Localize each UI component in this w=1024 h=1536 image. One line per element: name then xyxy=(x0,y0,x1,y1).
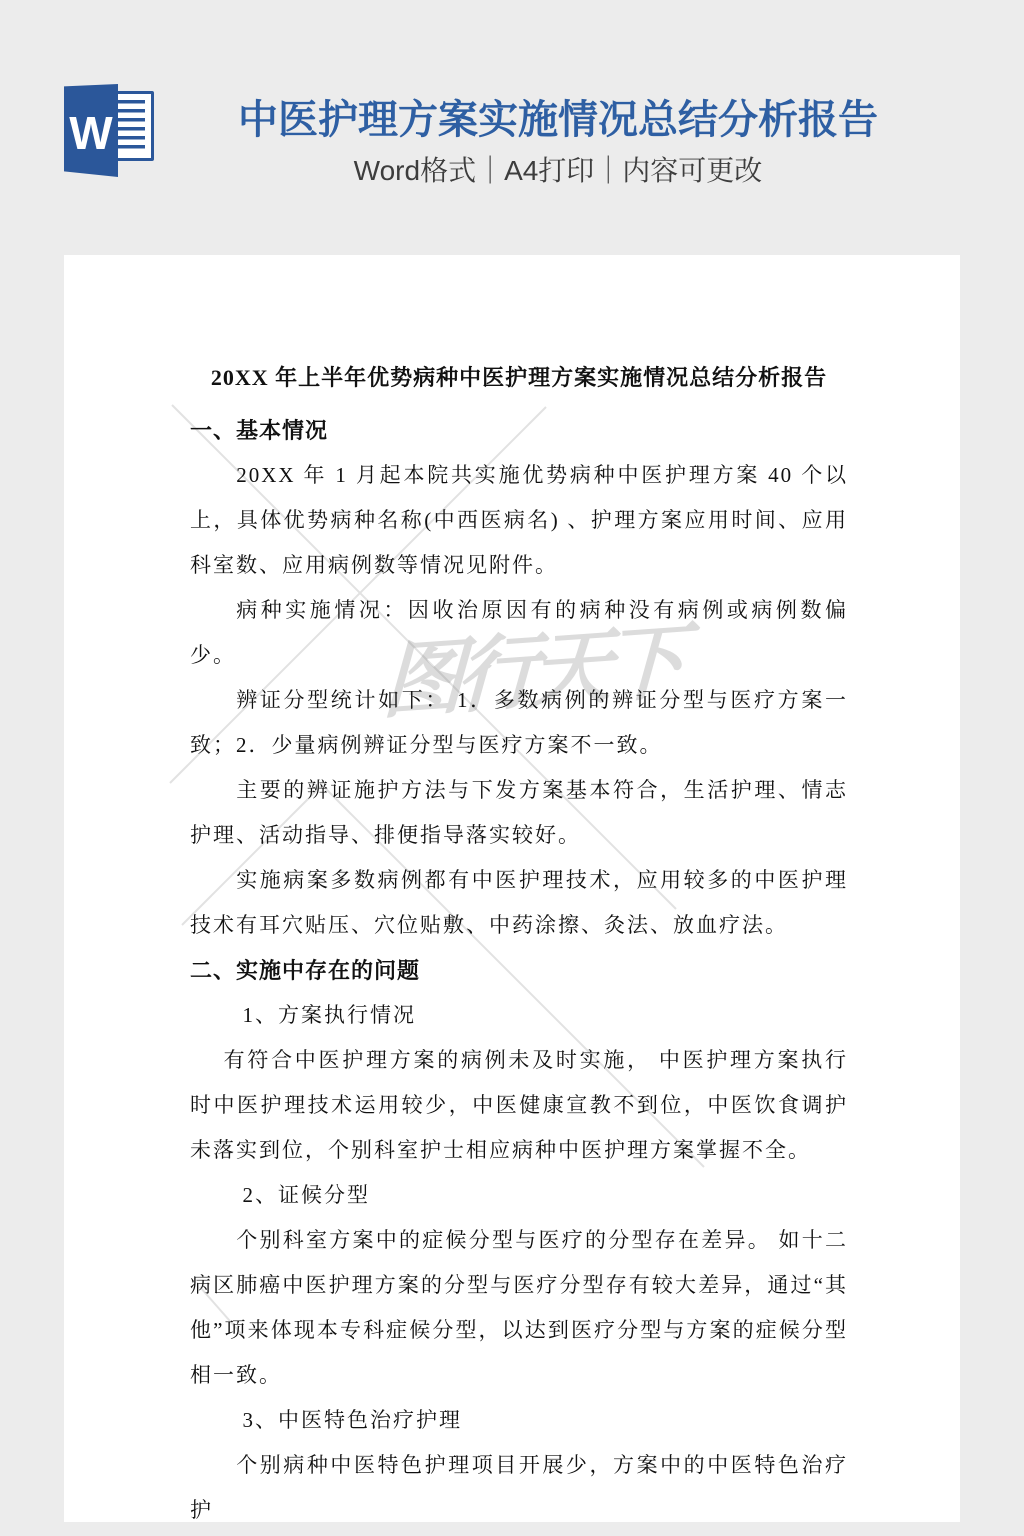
document-content: 20XX 年上半年优势病种中医护理方案实施情况总结分析报告 一、基本情况 20X… xyxy=(64,255,960,1522)
section-heading-1: 一、基本情况 xyxy=(190,408,848,453)
section-heading-2: 二、实施中存在的问题 xyxy=(190,948,848,993)
paragraph: 个别科室方案中的症候分型与医疗的分型存在差异。 如十二病区肺癌中医护理方案的分型… xyxy=(190,1218,848,1398)
document-title: 20XX 年上半年优势病种中医护理方案实施情况总结分析报告 xyxy=(190,355,848,400)
paragraph: 病种实施情况：因收治原因有的病种没有病例或病例数偏少。 xyxy=(190,588,848,678)
paragraph: 20XX 年 1 月起本院共实施优势病种中医护理方案 40 个以上，具体优势病种… xyxy=(190,453,848,588)
page-title: 中医护理方案实施情况总结分析报告 xyxy=(92,96,1024,144)
paragraph: 实施病案多数病例都有中医护理技术，应用较多的中医护理技术有耳穴贴压、穴位贴敷、中… xyxy=(190,858,848,948)
header-text-block: 中医护理方案实施情况总结分析报告 Word格式｜A4打印｜内容可更改 xyxy=(92,0,1024,255)
header-banner: W 中医护理方案实施情况总结分析报告 Word格式｜A4打印｜内容可更改 xyxy=(0,0,1024,255)
paragraph: 主要的辨证施护方法与下发方案基本符合，生活护理、情志护理、活动指导、排便指导落实… xyxy=(190,768,848,858)
document-page: 图行天下 20XX 年上半年优势病种中医护理方案实施情况总结分析报告 一、基本情… xyxy=(64,255,960,1522)
sub-heading-1: 1、方案执行情况 xyxy=(190,993,848,1038)
sub-heading-3: 3、中医特色治疗护理 xyxy=(190,1398,848,1443)
sub-heading-2: 2、证候分型 xyxy=(190,1173,848,1218)
page-subtitle: Word格式｜A4打印｜内容可更改 xyxy=(92,154,1024,188)
paragraph: 有符合中医护理方案的病例未及时实施， 中医护理方案执行时中医护理技术运用较少，中… xyxy=(190,1038,848,1173)
paragraph: 辨证分型统计如下： 1．多数病例的辨证分型与医疗方案一致；2．少量病例辨证分型与… xyxy=(190,678,848,768)
paragraph: 个别病种中医特色护理项目开展少，方案中的中医特色治疗护 xyxy=(190,1443,848,1522)
